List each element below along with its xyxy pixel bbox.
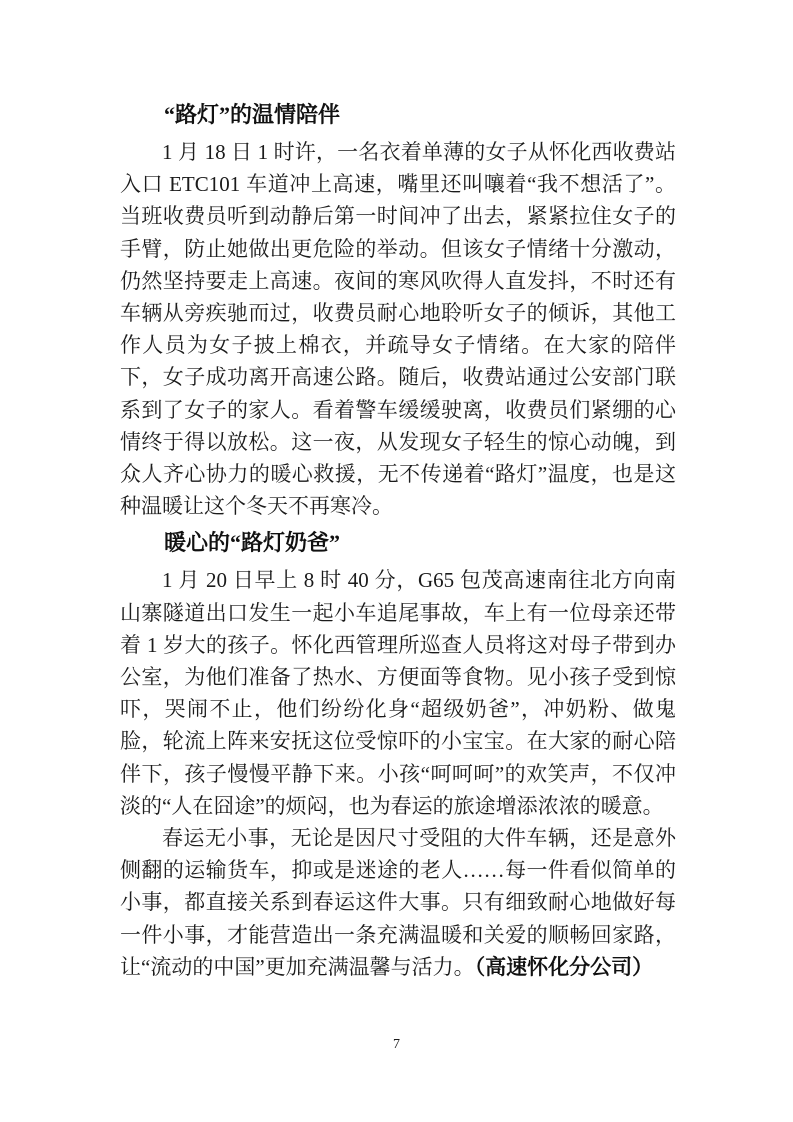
page-number: 7 — [0, 1036, 793, 1054]
paragraph-toll-station-rescue: 1 月 18 日 1 时许，一名衣着单薄的女子从怀化西收费站入口 ETC101 … — [120, 136, 676, 522]
attribution-branch-company: （高速怀化分公司） — [475, 955, 654, 979]
section-heading-streetlight-daddy: 暖心的“路灯奶爸” — [120, 522, 676, 564]
paragraph-tunnel-accident: 1 月 20 日早上 8 时 40 分，G65 包茂高速南往北方向南山寨隧道出口… — [120, 564, 676, 822]
paragraph-closing: 春运无小事，无论是因尺寸受阻的大件车辆，还是意外侧翻的运输货车，抑或是迷途的老人… — [120, 822, 676, 983]
section-heading-warm-companionship: “路灯”的温情陪伴 — [120, 94, 676, 136]
document-page: “路灯”的温情陪伴 1 月 18 日 1 时许，一名衣着单薄的女子从怀化西收费站… — [0, 0, 793, 1122]
